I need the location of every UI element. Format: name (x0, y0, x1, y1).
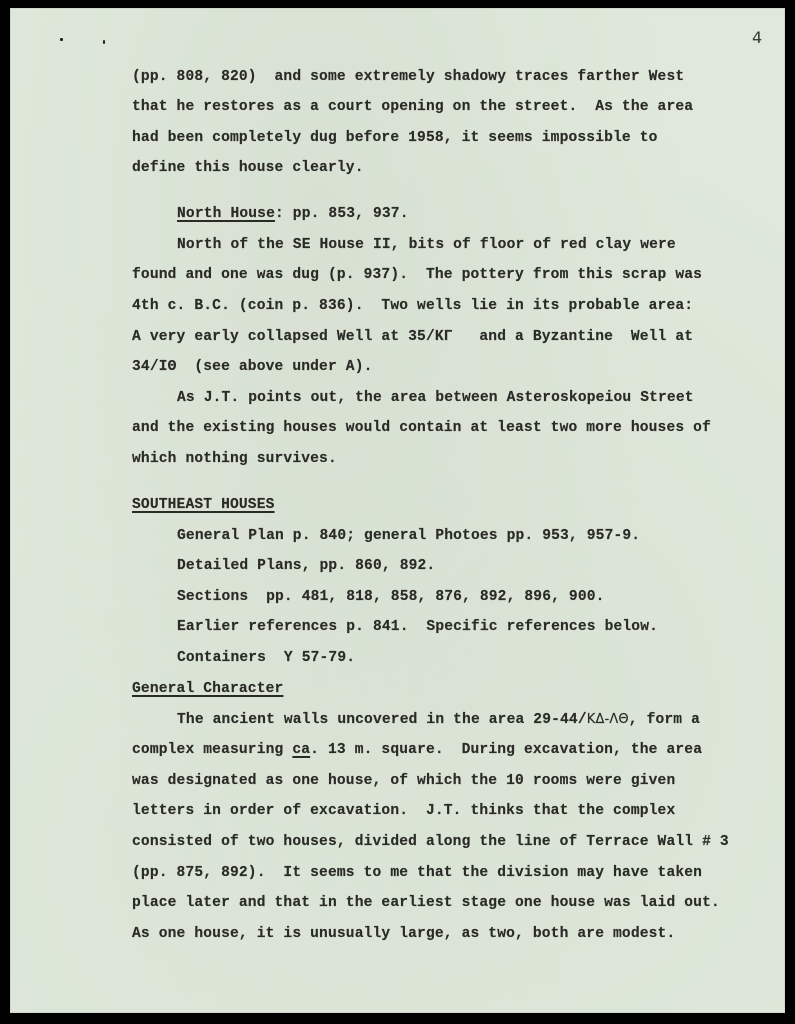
section-heading-line: SOUTHEAST HOUSES (132, 496, 275, 514)
reference-line: Containers Y 57-79. (177, 649, 355, 667)
text-line: letters in order of excavation. J.T. thi… (132, 802, 675, 820)
text-line: consisted of two houses, divided along t… (132, 833, 729, 851)
southeast-houses-heading: SOUTHEAST HOUSES (132, 497, 275, 513)
text-line: define this house clearly. (132, 159, 364, 177)
text-line: that he restores as a court opening on t… (132, 98, 693, 116)
text-fragment: , form a (629, 712, 700, 728)
text-line: 34/IΘ (see above under A). (132, 358, 373, 376)
stray-mark (60, 38, 63, 41)
text-line: North of the SE House II, bits of floor … (177, 236, 676, 254)
text-line: found and one was dug (p. 937). The pott… (132, 266, 702, 284)
text-line: which nothing survives. (132, 450, 337, 468)
general-character-heading: General Character (132, 681, 283, 697)
text-line: place later and that in the earliest sta… (132, 894, 720, 912)
text-line: and the existing houses would contain at… (132, 419, 711, 437)
text-line: 4th c. B.C. (coin p. 836). Two wells lie… (132, 297, 693, 315)
text-line: As one house, it is unusually large, as … (132, 925, 675, 943)
text-line: had been completely dug before 1958, it … (132, 129, 658, 147)
page-number: 4 (752, 28, 762, 47)
reference-line: Sections pp. 481, 818, 858, 876, 892, 89… (177, 588, 605, 606)
north-house-refs: : pp. 853, 937. (275, 206, 409, 222)
north-house-heading: North House (177, 206, 275, 222)
document-page: 4 (pp. 808, 820) and some extremely shad… (10, 8, 785, 1013)
reference-line: General Plan p. 840; general Photoes pp.… (177, 527, 640, 545)
greek-grid-label: KΔ-ΛΘ (587, 712, 629, 727)
underlined-abbreviation: ca (292, 742, 310, 758)
text-line: complex measuring ca. 13 m. square. Duri… (132, 741, 702, 759)
text-line: was designated as one house, of which th… (132, 772, 675, 790)
text-fragment: . 13 m. square. During excavation, the a… (310, 742, 702, 758)
reference-line: Earlier references p. 841. Specific refe… (177, 618, 658, 636)
subheading-line: General Character (132, 680, 283, 698)
reference-line: Detailed Plans, pp. 860, 892. (177, 557, 435, 575)
text-fragment: complex measuring (132, 742, 292, 758)
text-line: The ancient walls uncovered in the area … (177, 711, 700, 729)
stray-mark (103, 40, 105, 44)
text-fragment: The ancient walls uncovered in the area … (177, 712, 587, 728)
text-line: As J.T. points out, the area between Ast… (177, 389, 694, 407)
text-line: A very early collapsed Well at 35/KΓ and… (132, 328, 693, 346)
text-line: (pp. 875, 892). It seems to me that the … (132, 864, 702, 882)
text-line: (pp. 808, 820) and some extremely shadow… (132, 68, 684, 86)
north-house-heading-line: North House: pp. 853, 937. (177, 205, 409, 223)
